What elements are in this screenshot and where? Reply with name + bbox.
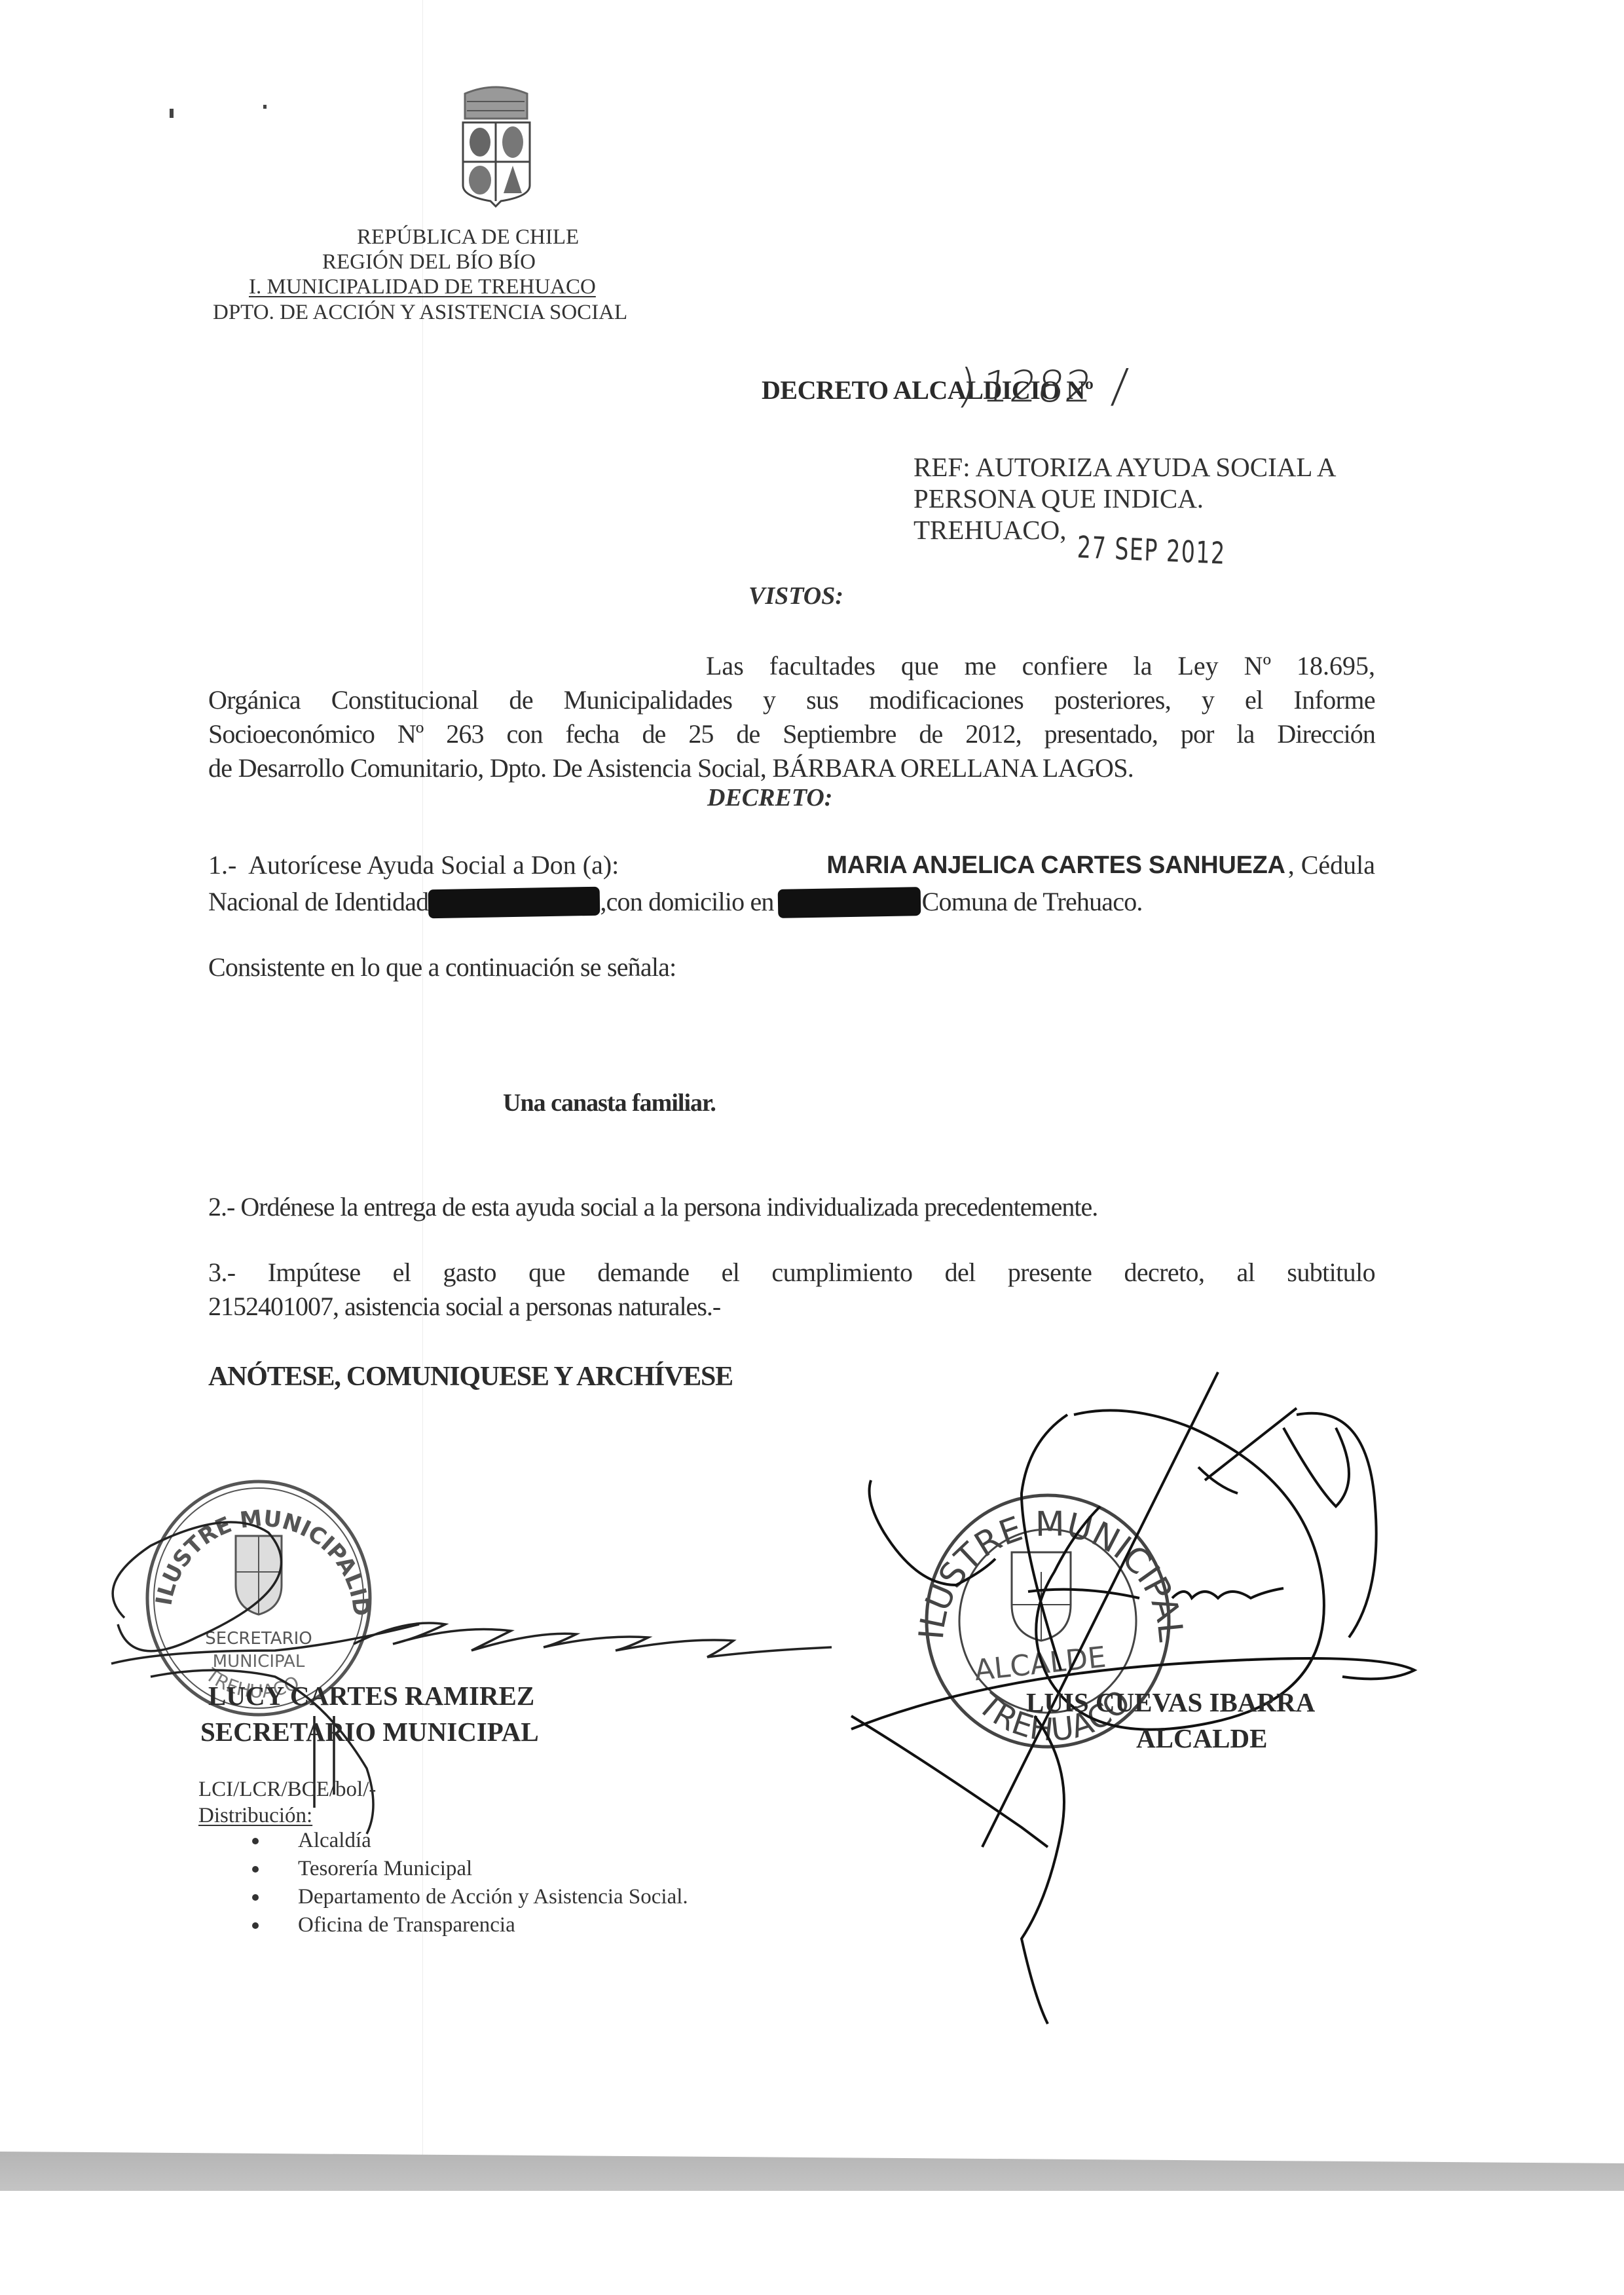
distribution-item: Departamento de Acción y Asistencia Soci… bbox=[298, 1884, 688, 1910]
redacted-address bbox=[777, 887, 921, 918]
initials-reference: LCI/LCR/BCE/bol/- bbox=[198, 1776, 376, 1802]
redacted-id-number bbox=[428, 887, 600, 919]
decreto-heading: DECRETO: bbox=[707, 783, 832, 812]
vistos-line-3: Socioeconómico Nº 263 con fecha de 25 de… bbox=[208, 718, 1375, 751]
bullet-icon bbox=[252, 1838, 259, 1844]
item-1-line-2: Nacional de Identidad,con domicilio enCo… bbox=[208, 886, 1143, 918]
svg-text:SECRETARIO: SECRETARIO bbox=[205, 1629, 312, 1649]
beneficiary-name: MARIA ANJELICA CARTES SANHUEZA bbox=[826, 849, 1285, 882]
reference-line-2: PERSONA QUE INDICA. bbox=[913, 482, 1204, 515]
svg-text:ILUSTRE MUNICIPALIDAD: ILUSTRE MUNICIPALIDAD bbox=[0, 0, 1190, 1643]
commune-text: Comuna de Trehuaco. bbox=[922, 887, 1143, 916]
bullet-icon bbox=[252, 1866, 259, 1873]
letterhead-municipality: I. MUNICIPALIDAD DE TREHUACO bbox=[249, 274, 596, 299]
letterhead-region: REGIÓN DEL BÍO BÍO bbox=[322, 250, 536, 274]
svg-text:MUNICIPAL: MUNICIPAL bbox=[213, 1652, 305, 1671]
municipal-crest-icon bbox=[0, 0, 1624, 2295]
bullet-icon bbox=[252, 1922, 259, 1929]
vistos-line-4: de Desarrollo Comunitario, Dpto. De Asis… bbox=[208, 752, 1134, 785]
secretary-name: LUCY CARTES RAMIREZ bbox=[208, 1680, 534, 1711]
reference-line-1: REF: AUTORIZA AYUDA SOCIAL A bbox=[913, 451, 1337, 483]
distribution-list: Alcaldía Tesorería Municipal Departament… bbox=[298, 1827, 688, 1938]
scan-speck bbox=[170, 109, 174, 118]
item-1-prefix: 1.- Autorícese Ayuda Social a Don (a): bbox=[208, 849, 625, 882]
scan-speck bbox=[263, 105, 267, 109]
decree-number-handwritten: )1282/ bbox=[955, 359, 1130, 413]
distribution-item: Tesorería Municipal bbox=[298, 1856, 688, 1882]
mayor-role: ALCALDE bbox=[1136, 1723, 1267, 1754]
scan-edge-shadow bbox=[0, 2152, 1624, 2191]
reference-place: TREHUACO, bbox=[913, 513, 1066, 546]
item-1-suffix: , Cédula bbox=[1288, 849, 1375, 882]
address-label: ,con domicilio en bbox=[600, 887, 773, 916]
benefit-item: Una canasta familiar. bbox=[503, 1089, 716, 1117]
distribution-item: Oficina de Transparencia bbox=[298, 1912, 688, 1938]
item-2: 2.- Ordénese la entrega de esta ayuda so… bbox=[208, 1191, 1098, 1223]
vistos-line-1: Las facultades que me confiere la Ley Nº… bbox=[706, 650, 1375, 682]
distribution-item: Alcaldía bbox=[298, 1827, 688, 1854]
bullet-icon bbox=[252, 1894, 259, 1901]
vistos-heading: VISTOS: bbox=[748, 582, 843, 610]
mayor-name: LUIS CUEVAS IBARRA bbox=[1026, 1687, 1315, 1718]
item-3-line-1: 3.- Impútese el gasto que demande el cum… bbox=[208, 1256, 1375, 1289]
stamps-and-signatures: ILUSTRE MUNICIPALIDAD SECRETARIO MUNICIP… bbox=[0, 0, 1624, 2295]
id-label: Nacional de Identidad bbox=[208, 887, 428, 916]
mayor-stamp-outer-text: ILUSTRE MUNICIPALIDAD bbox=[0, 0, 1190, 1643]
vistos-line-2: Orgánica Constitucional de Municipalidad… bbox=[208, 684, 1375, 717]
svg-text:ALCALDE: ALCALDE bbox=[973, 1641, 1108, 1688]
letterhead-department: DPTO. DE ACCIÓN Y ASISTENCIA SOCIAL bbox=[213, 300, 627, 325]
distribution-label: Distribución: bbox=[198, 1802, 312, 1829]
secretary-role: SECRETARIO MUNICIPAL bbox=[200, 1716, 539, 1747]
date-stamp: 27 SEP 2012 bbox=[1077, 529, 1226, 571]
item-1-line-1: 1.- Autorícese Ayuda Social a Don (a): M… bbox=[208, 849, 1375, 882]
consistente-text: Consistente en lo que a continuación se … bbox=[208, 951, 676, 984]
closing-formula: ANÓTESE, COMUNIQUESE Y ARCHÍVESE bbox=[208, 1361, 733, 1392]
letterhead-country: REPÚBLICA DE CHILE bbox=[357, 225, 579, 250]
item-3-line-2: 2152401007, asistencia social a personas… bbox=[208, 1290, 720, 1323]
